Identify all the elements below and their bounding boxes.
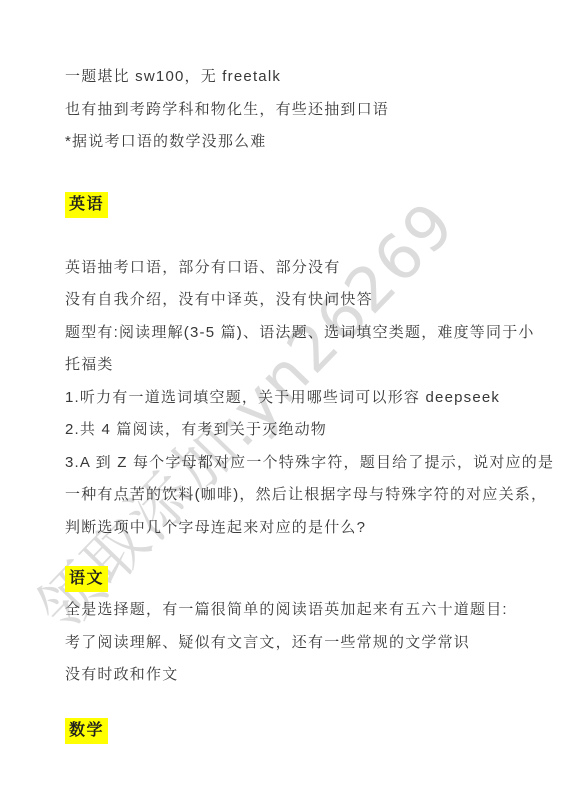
english-line: 2.共 4 篇阅读，有考到关于灭绝动物 xyxy=(65,414,522,447)
section-header-math: 数学 xyxy=(65,718,108,744)
section-header-chinese: 语文 xyxy=(65,566,108,592)
intro-line: 一题堪比 sw100，无 freetalk xyxy=(65,61,522,94)
section-english: 英语 xyxy=(65,192,522,218)
english-line: 托福类 xyxy=(65,349,522,382)
section-chinese: 语文 xyxy=(65,566,522,592)
document-page: 领取添加:yn26269 一题堪比 sw100，无 freetalk 也有抽到考… xyxy=(0,0,562,805)
english-line: 题型有:阅读理解(3-5 篇)、语法题、选词填空类题，难度等同于小 xyxy=(65,317,522,350)
chinese-line: 全是选择题，有一篇很简单的阅读语英加起来有五六十道题目: xyxy=(65,594,522,627)
english-line: 一种有点苦的饮料(咖啡)，然后让根据字母与特殊字符的对应关系， xyxy=(65,479,522,512)
english-line: 没有自我介绍，没有中译英，没有快问快答 xyxy=(65,284,522,317)
english-line: 1.听力有一道选词填空题，关于用哪些词可以形容 deepseek xyxy=(65,382,522,415)
section-header-english: 英语 xyxy=(65,192,108,218)
english-line: 3.A 到 Z 每个字母都对应一个特殊字符，题目给了提示，说对应的是 xyxy=(65,447,522,480)
chinese-line: 没有时政和作文 xyxy=(65,659,522,692)
intro-line: 也有抽到考跨学科和物化生，有些还抽到口语 xyxy=(65,94,522,127)
english-line: 判断选项中几个字母连起来对应的是什么? xyxy=(65,512,522,545)
intro-line: *据说考口语的数学没那么难 xyxy=(65,126,522,159)
section-math: 数学 xyxy=(65,718,522,744)
document-content: 一题堪比 sw100，无 freetalk 也有抽到考跨学科和物化生，有些还抽到… xyxy=(65,61,522,744)
chinese-line: 考了阅读理解、疑似有文言文，还有一些常规的文学常识 xyxy=(65,627,522,660)
english-line: 英语抽考口语，部分有口语、部分没有 xyxy=(65,252,522,285)
